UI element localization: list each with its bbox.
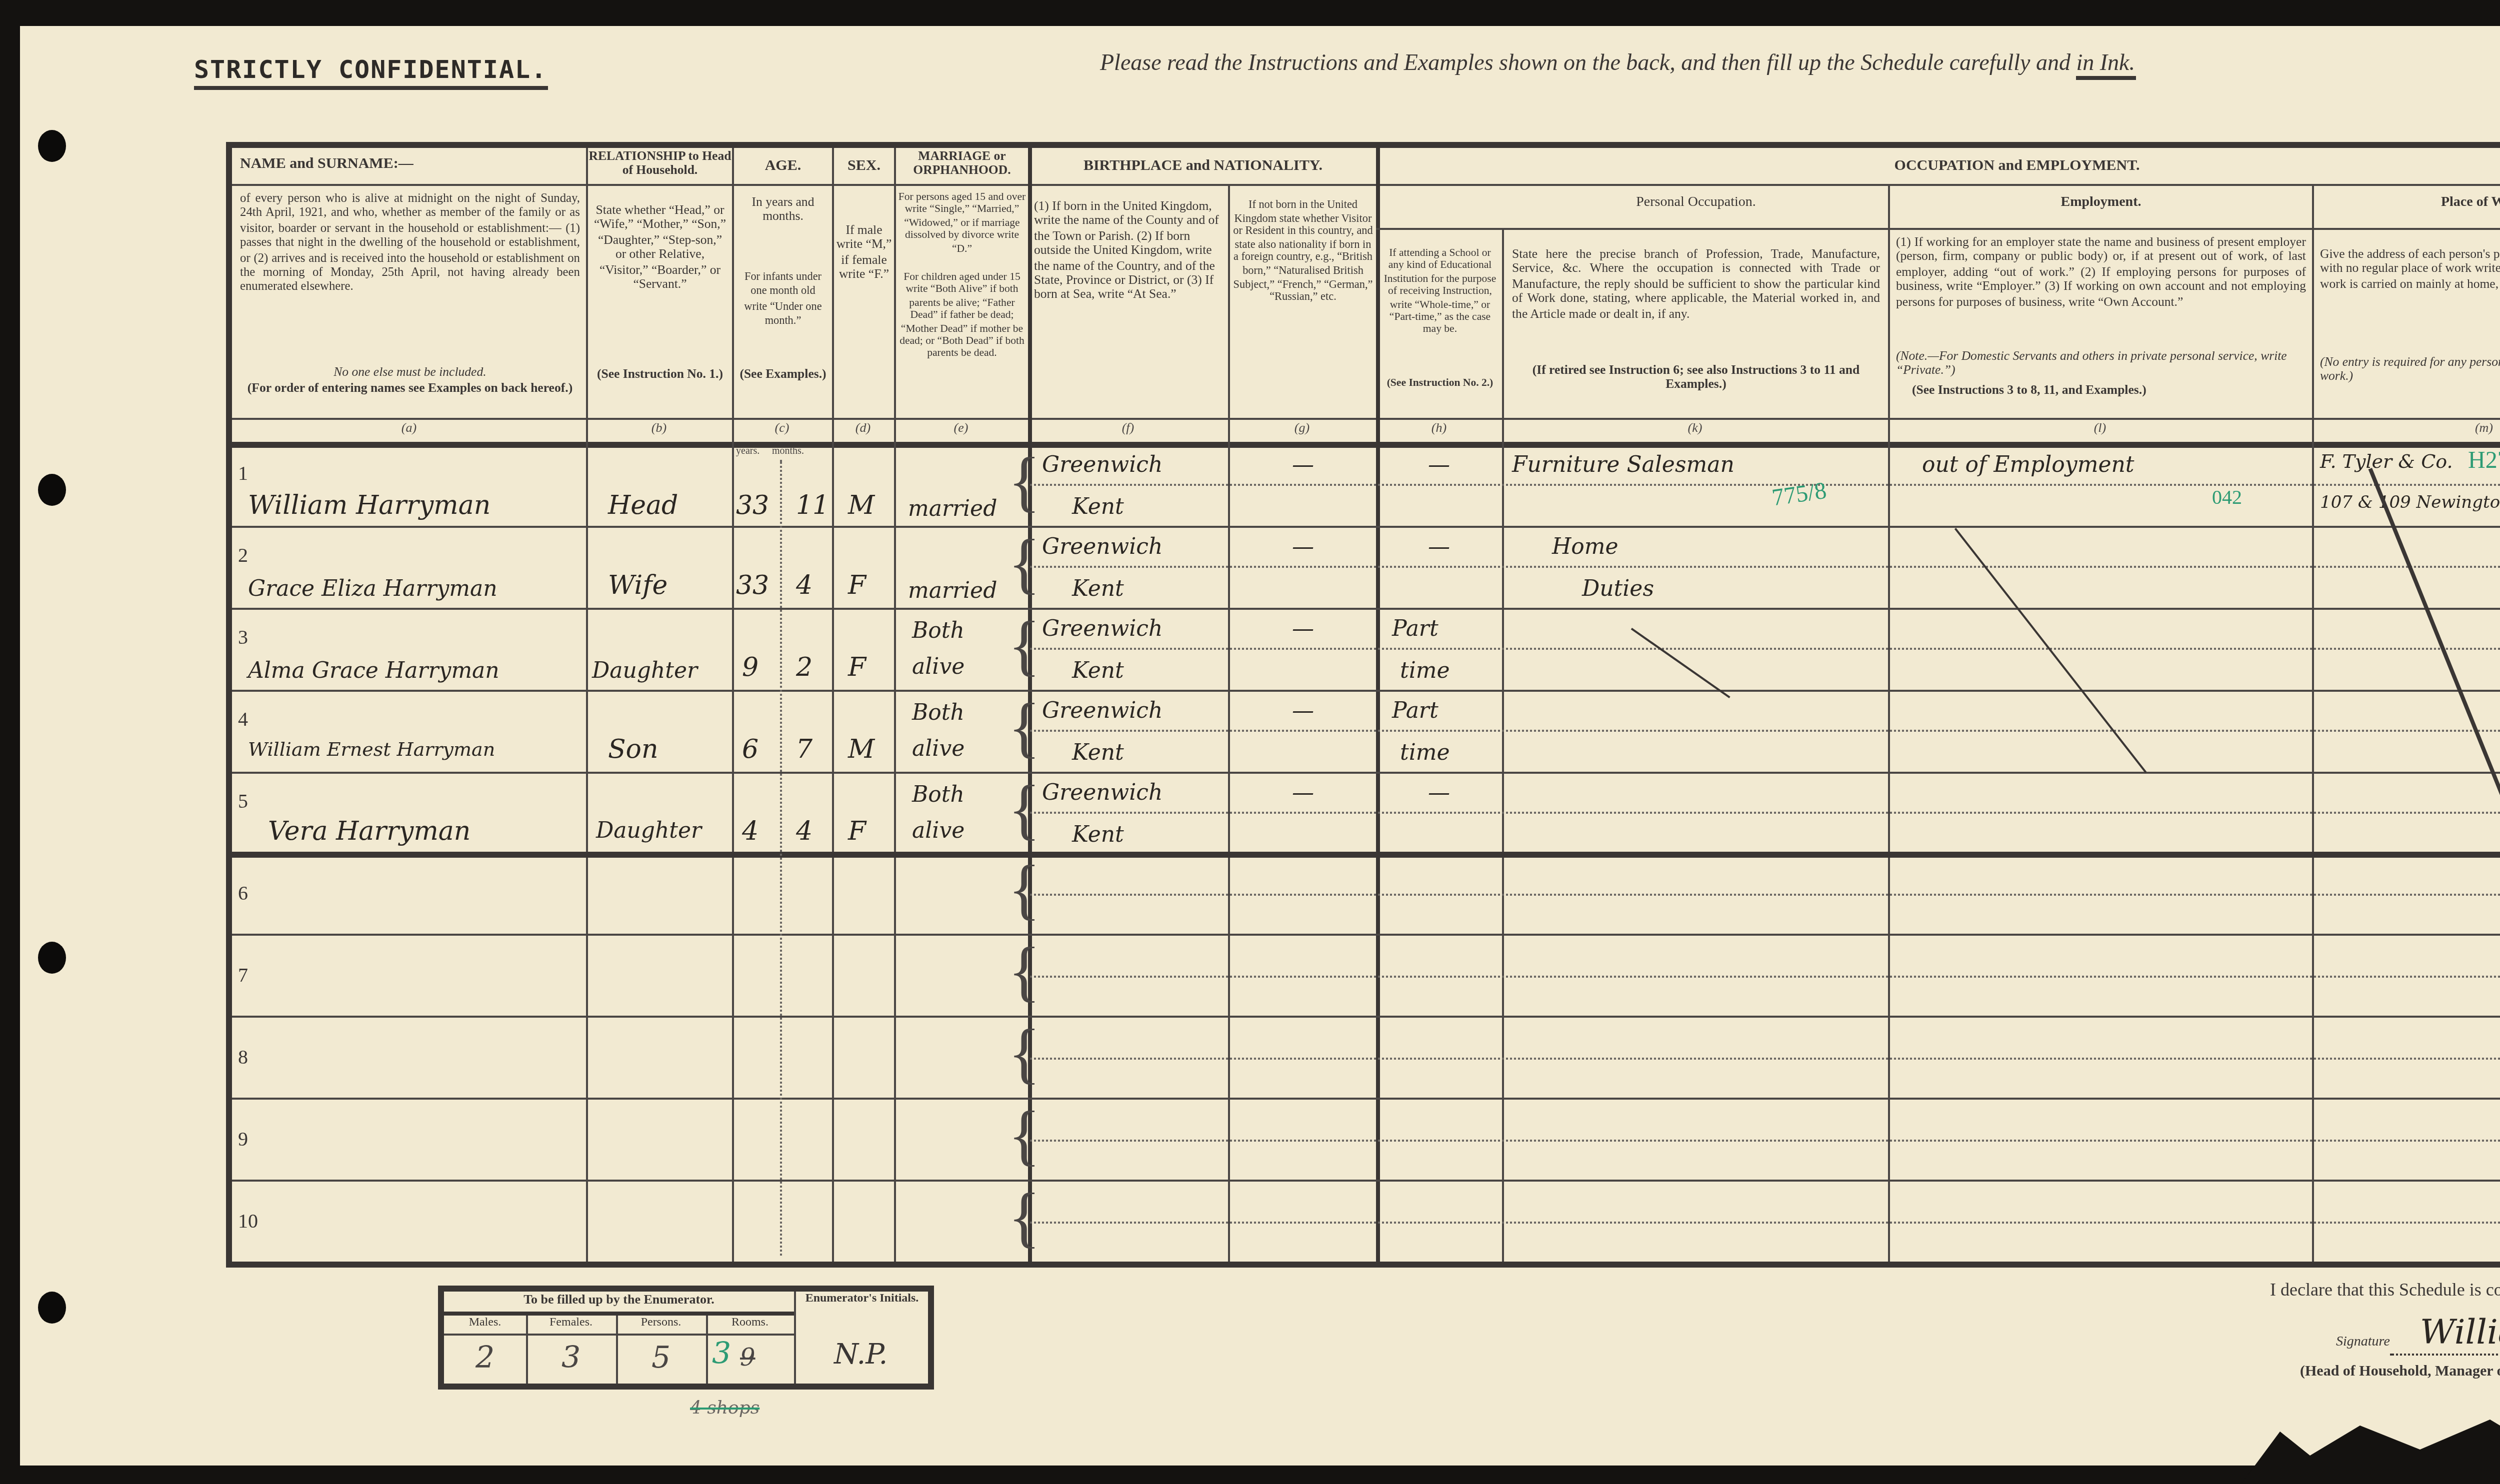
row-number: 2 [238, 546, 248, 568]
row-number: 3 [238, 628, 248, 650]
education[interactable]: — [1428, 452, 1450, 478]
household-schedule-table: NAME and SURNAME:— of every person who i… [226, 142, 2500, 1268]
col-d-title: SEX. [834, 158, 894, 173]
col-k-title: Personal Occupation. [1504, 196, 1888, 211]
col-letter-h: (h) [1376, 422, 1502, 436]
age-months-label: months. [772, 448, 804, 458]
col-a-title: NAME and SURNAME:— [240, 156, 580, 171]
person-sex[interactable]: F [848, 818, 866, 848]
row-number: 1 [238, 464, 248, 486]
age-months[interactable]: 4 [796, 818, 812, 848]
education-line2[interactable]: time [1400, 740, 1450, 766]
person-name[interactable]: William Ernest Harryman [248, 740, 495, 762]
persons-header: Persons. [616, 1318, 706, 1330]
col-l-footer: (See Instructions 3 to 8, 11, and Exampl… [1912, 384, 2312, 399]
occupation-code: 775/8 [1770, 476, 1828, 514]
col-occupation-title: OCCUPATION and EMPLOYMENT. [1378, 158, 2500, 173]
col-a-note: No one else must be included. [240, 366, 580, 381]
person-relationship[interactable]: Son [608, 736, 658, 766]
birthplace-town[interactable]: Greenwich [1042, 534, 1162, 560]
education[interactable]: — [1428, 780, 1450, 806]
punch-hole [38, 130, 66, 162]
birthplace-town[interactable]: Greenwich [1042, 698, 1162, 724]
workplace-code: H270 [2468, 446, 2500, 476]
col-l-title: Employment. [1890, 196, 2312, 211]
col-b-title: RELATIONSHIP to Head of Household. [588, 150, 732, 179]
row-number: 8 [238, 1048, 248, 1070]
enumerator-initials[interactable]: N.P. [834, 1340, 887, 1372]
declaration-text: I declare that this Schedule is correctl… [2270, 1280, 2500, 1300]
age-months[interactable]: 2 [796, 654, 812, 684]
nationality[interactable]: — [1292, 698, 1314, 724]
cancel-stroke [2368, 468, 2500, 849]
cancel-stroke [1954, 528, 2147, 773]
age-years[interactable]: 4 [742, 818, 758, 848]
orphanhood-line2[interactable]: alive [912, 818, 964, 844]
nationality[interactable]: — [1292, 780, 1314, 806]
col-f-instructions: (1) If born in the United Kingdom, write… [1034, 200, 1224, 303]
age-months[interactable]: 4 [796, 572, 812, 602]
orphanhood-line1[interactable]: Both [912, 700, 964, 726]
row-number: 10 [238, 1212, 258, 1234]
instruction-line: Please read the Instructions and Example… [1100, 52, 2135, 76]
nationality[interactable]: — [1292, 452, 1314, 478]
signature-value[interactable]: William Harryman [2420, 1314, 2500, 1354]
age-years[interactable]: 6 [742, 736, 758, 766]
row-number: 6 [238, 884, 248, 906]
punch-hole [38, 474, 66, 506]
employment-code: 042 [2212, 488, 2242, 510]
row-number: 5 [238, 792, 248, 814]
persons-count[interactable]: 5 [616, 1340, 706, 1376]
row-number: 9 [238, 1130, 248, 1152]
col-letter-m: (m) [2312, 422, 2500, 436]
person-relationship[interactable]: Daughter [592, 658, 697, 684]
enumerator-summary-title: To be filled up by the Enumerator. [444, 1294, 794, 1308]
col-e-instructions: For persons aged 15 and over write “Sing… [898, 192, 1026, 256]
birthplace-town[interactable]: Greenwich [1042, 616, 1162, 642]
birthplace-county[interactable]: Kent [1072, 740, 1124, 766]
col-c-title: AGE. [734, 158, 832, 173]
col-l-note: (Note.—For Domestic Servants and others … [1896, 350, 2306, 379]
col-m-title: Place of Work. [2314, 196, 2500, 211]
person-relationship[interactable]: Head [608, 492, 678, 522]
education-line2[interactable]: time [1400, 658, 1450, 684]
col-letter-e: (e) [894, 422, 1028, 436]
census-schedule-page: STRICTLY CONFIDENTIAL. Please read the I… [20, 26, 2500, 1466]
females-header: Females. [526, 1318, 616, 1330]
rooms-count[interactable]: 3 [712, 1336, 731, 1372]
punch-hole [38, 1292, 66, 1324]
rooms-struck-value: 9 [740, 1344, 755, 1372]
education-line1[interactable]: Part [1392, 616, 1438, 642]
males-header: Males. [444, 1318, 526, 1330]
row-number: 4 [238, 710, 248, 732]
col-e-title: MARRIAGE or ORPHANHOOD. [896, 150, 1028, 179]
col-letter-b: (b) [586, 422, 732, 436]
row-number: 7 [238, 966, 248, 988]
age-years[interactable]: 33 [736, 492, 769, 522]
person-sex[interactable]: F [848, 572, 866, 602]
enumerator-initials-label: Enumerator's Initials. [796, 1294, 928, 1306]
personal-occupation[interactable]: Furniture Salesman [1512, 452, 1734, 478]
cancel-stroke [1631, 628, 1730, 698]
birthplace-county[interactable]: Kent [1072, 822, 1124, 848]
signature-line [2390, 1354, 2500, 1356]
col-m-instructions: Give the address of each person's place … [2320, 248, 2500, 292]
col-l-instructions: (1) If working for an employer state the… [1896, 236, 2306, 310]
birthplace-county[interactable]: Kent [1072, 576, 1124, 602]
age-months[interactable]: 7 [796, 736, 812, 766]
personal-occupation-line1[interactable]: Home [1552, 534, 1618, 560]
birthplace-town[interactable]: Greenwich [1042, 452, 1162, 478]
marital-status[interactable]: married [908, 496, 997, 522]
col-c-footer: (See Examples.) [738, 368, 828, 383]
col-letter-f: (f) [1028, 422, 1228, 436]
education-line1[interactable]: Part [1392, 698, 1438, 724]
person-name[interactable]: William Harryman [248, 492, 490, 522]
orphanhood-line1[interactable]: Both [912, 782, 964, 808]
orphanhood-line1[interactable]: Both [912, 618, 964, 644]
nationality[interactable]: — [1292, 616, 1314, 642]
orphanhood-line2[interactable]: alive [912, 654, 964, 680]
person-name[interactable]: Grace Eliza Harryman [248, 576, 497, 602]
birthplace-town[interactable]: Greenwich [1042, 780, 1162, 806]
nationality[interactable]: — [1292, 534, 1314, 560]
col-c-instructions: In years and months. [738, 196, 828, 225]
person-name[interactable]: Alma Grace Harryman [248, 658, 499, 684]
col-g-instructions: If not born in the United Kingdom state … [1232, 200, 1374, 305]
col-letter-k: (k) [1502, 422, 1888, 436]
education[interactable]: — [1428, 534, 1450, 560]
person-relationship[interactable]: Daughter [596, 818, 701, 844]
orphanhood-line2[interactable]: alive [912, 736, 964, 762]
person-sex[interactable]: M [848, 736, 874, 766]
col-a-instructions: of every person who is alive at midnight… [240, 192, 580, 295]
col-letter-c: (c) [732, 422, 832, 436]
signature-subtitle: (Head of Household, Manager of Establish… [2300, 1362, 2500, 1380]
signature-label: Signature [2336, 1334, 2390, 1350]
birthplace-county[interactable]: Kent [1072, 494, 1124, 520]
strictly-confidential-heading: STRICTLY CONFIDENTIAL. [194, 54, 547, 90]
col-d-instructions: If male write “M,” if female write “F.” [836, 224, 892, 283]
col-h-footer: (See Instruction No. 2.) [1380, 378, 1500, 393]
col-h-instructions: If attending a School or any kind of Edu… [1380, 248, 1500, 337]
instruction-text: Please read the Instructions and Example… [1100, 52, 2070, 76]
females-count[interactable]: 3 [526, 1340, 616, 1376]
males-count[interactable]: 2 [444, 1340, 526, 1376]
person-relationship[interactable]: Wife [608, 572, 667, 602]
col-letter-l: (l) [1888, 422, 2312, 436]
col-k-footer: (If retired see Instruction 6; see also … [1512, 364, 1880, 393]
col-c-note: For infants under one month old write “U… [738, 272, 828, 331]
punch-hole [38, 942, 66, 974]
person-sex[interactable]: M [848, 492, 874, 522]
personal-occupation-line2[interactable]: Duties [1582, 576, 1654, 602]
col-letter-a: (a) [232, 422, 586, 436]
instruction-underlined: in Ink. [2076, 52, 2135, 80]
col-letter-d: (d) [832, 422, 894, 436]
marital-status[interactable]: married [908, 578, 997, 604]
col-k-instructions: State here the precise branch of Profess… [1512, 248, 1880, 322]
age-months[interactable]: 11 [796, 492, 829, 522]
person-name[interactable]: Vera Harryman [268, 818, 470, 848]
enumerator-summary-box: To be filled up by the Enumerator. Enume… [438, 1286, 934, 1390]
col-b-footer: (See Instruction No. 1.) [592, 368, 728, 383]
col-letter-g: (g) [1228, 422, 1376, 436]
employment[interactable]: out of Employment [1922, 452, 2134, 478]
col-m-note: (No entry is required for any person who… [2320, 356, 2500, 385]
col-e-note: For children aged under 15 write “Both A… [898, 272, 1026, 361]
age-years-label: years. [736, 448, 759, 458]
age-years[interactable]: 9 [742, 654, 758, 684]
workplace-employer[interactable]: F. Tyler & Co. [2320, 452, 2453, 474]
rooms-header: Rooms. [706, 1318, 794, 1330]
struck-note: 4 shops [690, 1400, 759, 1420]
col-a-footer: (For order of entering names see Example… [240, 382, 580, 397]
workplace-address[interactable]: 107 & 109 Newington Butts [2320, 494, 2500, 514]
birthplace-county[interactable]: Kent [1072, 658, 1124, 684]
person-sex[interactable]: F [848, 654, 866, 684]
age-years[interactable]: 33 [736, 572, 769, 602]
col-b-instructions: State whether “Head,” or “Wife,” “Mother… [592, 204, 728, 293]
col-fg-title: BIRTHPLACE and NATIONALITY. [1030, 158, 1376, 173]
